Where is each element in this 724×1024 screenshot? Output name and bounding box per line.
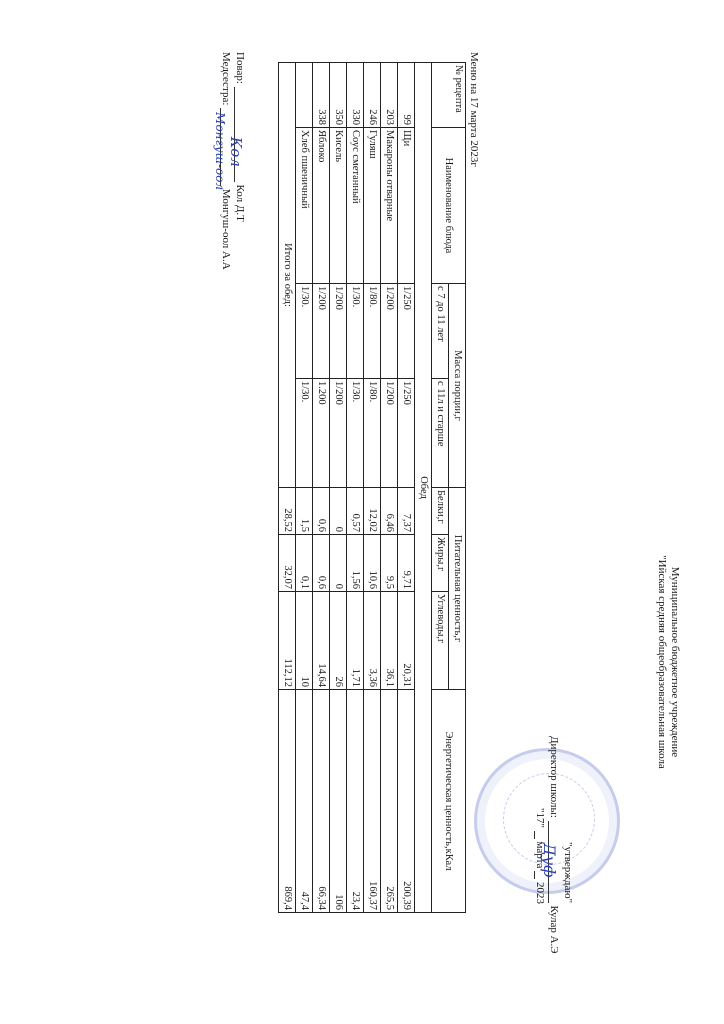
- proteins: 7,37: [398, 488, 415, 535]
- total-row: Итого за обед: 28,52 32,07 112,12 869,4: [279, 63, 296, 913]
- portion-7-11: 1/30.: [296, 284, 313, 379]
- menu-table: № рецепта Наименование блюда Масса порци…: [278, 62, 466, 913]
- table-row: 350Кисель1/2001/2000026106: [330, 63, 347, 913]
- portion-11-plus: 1/80.: [364, 379, 381, 488]
- approval-date: "17" марта 2023: [534, 808, 546, 904]
- carbs: 26: [330, 592, 347, 690]
- director-name: Кулар А.Э: [548, 905, 560, 953]
- portion-7-11: 1/200: [381, 284, 398, 379]
- recipe-number: 338: [313, 63, 330, 128]
- proteins: 0,57: [347, 488, 364, 535]
- table-row: 330Соус сметанный1/30.1/30.0,571,561,712…: [347, 63, 364, 913]
- portion-7-11: 1/30.: [347, 284, 364, 379]
- date-blank: [534, 871, 535, 879]
- header-carbs: Углеводы,г: [432, 592, 449, 690]
- total-carbs: 112,12: [279, 592, 296, 690]
- menu-rows: 99Щи1/2501/2507,379,7120,31200,39203Мака…: [296, 63, 415, 913]
- portion-11-plus: 1/200: [381, 379, 398, 488]
- fats: 0: [330, 535, 347, 592]
- proteins: 12,02: [364, 488, 381, 535]
- director-line: Директор школы: Дуф Кулар А.Э: [548, 736, 560, 954]
- portion-11-plus: 1.200: [313, 379, 330, 488]
- total-label: Итого за обед:: [279, 63, 296, 488]
- section-label: Обед: [415, 63, 432, 913]
- portion-11-plus: 1/200: [330, 379, 347, 488]
- nurse-label: Медсестра:: [220, 52, 232, 105]
- approved-label: "утверждаю": [562, 842, 574, 903]
- table-row: 99Щи1/2501/2507,379,7120,31200,39: [398, 63, 415, 913]
- table-row: Хлеб пшеничный1/30.1/30.1,50,11047,4: [296, 63, 313, 913]
- energy: 47,4: [296, 690, 313, 913]
- header-dish-name: Наименование блюда: [432, 128, 466, 284]
- portion-7-11: 1/80.: [364, 284, 381, 379]
- energy: 265,5: [381, 690, 398, 913]
- dish-name: Макароны отварные: [381, 128, 398, 284]
- carbs: 1,71: [347, 592, 364, 690]
- total-proteins: 28,52: [279, 488, 296, 535]
- header-recipe-no: № рецепта: [432, 63, 466, 128]
- organization-line-2: "Ийская средняя общеобразовательная школ…: [656, 0, 668, 1024]
- dish-name: Соус сметанный: [347, 128, 364, 284]
- portion-11-plus: 1/30.: [296, 379, 313, 488]
- date-blank: [534, 831, 535, 839]
- header-portion-group: Масса порции,г: [449, 284, 466, 488]
- nurse-name: Монгуш-оол А.А: [220, 189, 232, 270]
- proteins: 1,5: [296, 488, 313, 535]
- recipe-number: 203: [381, 63, 398, 128]
- total-fats: 32,07: [279, 535, 296, 592]
- header-fats: Жиры,г: [432, 535, 449, 592]
- portion-11-plus: 1/30.: [347, 379, 364, 488]
- approval-day: "17": [534, 808, 546, 828]
- fats: 0,6: [313, 535, 330, 592]
- director-signature-line: Дуф: [548, 821, 549, 903]
- header-age-11-plus: с 11л и старше: [432, 379, 449, 488]
- portion-7-11: 1/200: [313, 284, 330, 379]
- fats: 9,71: [398, 535, 415, 592]
- total-energy: 869,4: [279, 690, 296, 913]
- portion-7-11: 1/250: [398, 284, 415, 379]
- cook-label: Повар:: [234, 52, 246, 84]
- dish-name: Хлеб пшеничный: [296, 128, 313, 284]
- table-row: 338Яблоко1/2001.2000,60,614,6466,34: [313, 63, 330, 913]
- menu-title: Меню на 17 марта 2023г: [468, 52, 480, 167]
- dish-name: Гуляш: [364, 128, 381, 284]
- portion-7-11: 1/200: [330, 284, 347, 379]
- fats: 9,5: [381, 535, 398, 592]
- fats: 0,1: [296, 535, 313, 592]
- energy: 106: [330, 690, 347, 913]
- director-label: Директор школы:: [548, 736, 560, 818]
- dish-name: Щи: [398, 128, 415, 284]
- header-proteins: Белки,г: [432, 488, 449, 535]
- energy: 23,4: [347, 690, 364, 913]
- carbs: 20,31: [398, 592, 415, 690]
- energy: 200,39: [398, 690, 415, 913]
- energy: 160,37: [364, 690, 381, 913]
- nurse-signature-line: Монгуш-оол: [220, 108, 221, 186]
- recipe-number: [296, 63, 313, 128]
- header-age-7-11: с 7 до 11 лет: [432, 284, 449, 379]
- carbs: 14,64: [313, 592, 330, 690]
- cook-name: Кол Д.Т: [234, 184, 246, 221]
- dish-name: Яблоко: [313, 128, 330, 284]
- approval-year: 2023: [534, 882, 546, 904]
- table-row: 246Гуляш1/80.1/80.12,0210,63,36160,37: [364, 63, 381, 913]
- section-row: Обед: [415, 63, 432, 913]
- cook-line: Повар: Кол Кол Д.Т: [234, 52, 246, 222]
- carbs: 3,36: [364, 592, 381, 690]
- fats: 10,6: [364, 535, 381, 592]
- cook-signature-line: Кол: [234, 87, 235, 182]
- header-nutrition-group: Питательная ценность,г: [449, 488, 466, 690]
- recipe-number: 246: [364, 63, 381, 128]
- proteins: 6,46: [381, 488, 398, 535]
- proteins: 0,6: [313, 488, 330, 535]
- dish-name: Кисель: [330, 128, 347, 284]
- recipe-number: 330: [347, 63, 364, 128]
- table-row: 203Макароны отварные1/2001/2006,469,536,…: [381, 63, 398, 913]
- header-row-1: № рецепта Наименование блюда Масса порци…: [449, 63, 466, 913]
- recipe-number: 350: [330, 63, 347, 128]
- recipe-number: 99: [398, 63, 415, 128]
- nurse-line: Медсестра: Монгуш-оол Монгуш-оол А.А: [220, 52, 232, 270]
- rotated-document-page: Муниципальное бюджетное учреждение "Ийск…: [0, 0, 724, 1024]
- organization-line-1: Муниципальное бюджетное учреждение: [669, 0, 681, 1024]
- fats: 1,56: [347, 535, 364, 592]
- header-energy: Энергетическая ценность,кКал: [432, 690, 466, 913]
- carbs: 36,1: [381, 592, 398, 690]
- portion-11-plus: 1/250: [398, 379, 415, 488]
- carbs: 10: [296, 592, 313, 690]
- energy: 66,34: [313, 690, 330, 913]
- proteins: 0: [330, 488, 347, 535]
- nurse-signature: Монгуш-оол: [213, 112, 227, 190]
- approval-month: марта: [534, 841, 546, 868]
